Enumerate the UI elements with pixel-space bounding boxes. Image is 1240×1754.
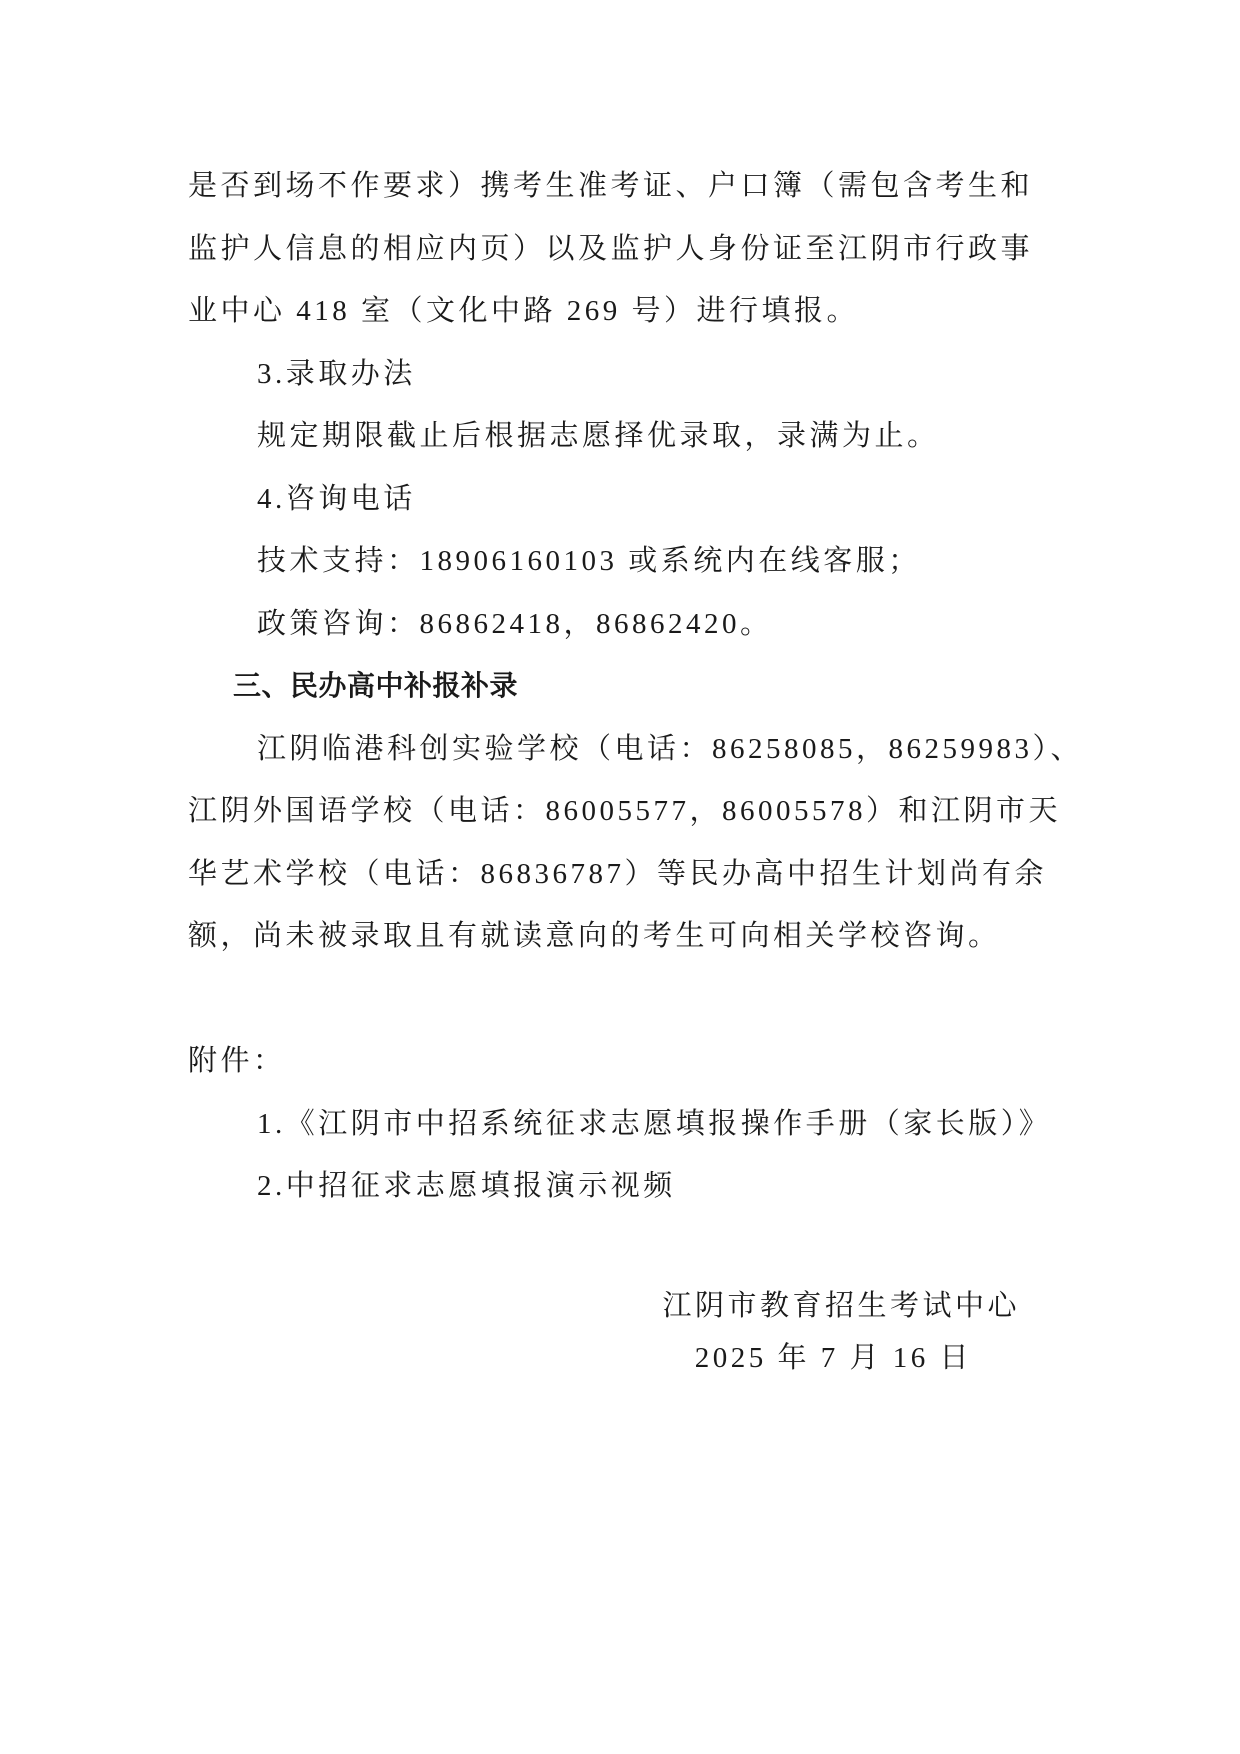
item4-title: 4.咨询电话 bbox=[188, 468, 1060, 531]
section3-body-line: 华艺术学校（电话：86836787）等民办高中招生计划尚有余 bbox=[188, 843, 1060, 906]
paragraph-continuation-line: 业中心 418 室（文化中路 269 号）进行填报。 bbox=[188, 280, 1060, 343]
attachment-item: 1.《江阴市中招系统征求志愿填报操作手册（家长版）》 bbox=[188, 1093, 1060, 1156]
section3-body-line: 江阴外国语学校（电话：86005577，86005578）和江阴市天 bbox=[188, 780, 1060, 843]
section3-heading: 三、民办高中补报补录 bbox=[188, 655, 1060, 718]
attachment-item: 2.中招征求志愿填报演示视频 bbox=[188, 1155, 1060, 1218]
attachments-label: 附件： bbox=[188, 1030, 1060, 1093]
signature-issuer: 江阴市教育招生考试中心 bbox=[188, 1280, 1060, 1332]
signature-date: 2025 年 7 月 16 日 bbox=[188, 1332, 1060, 1384]
blank-line bbox=[188, 1218, 1060, 1281]
section3-body-line: 江阴临港科创实验学校（电话：86258085，86259983）、 bbox=[188, 718, 1060, 781]
item3-title: 3.录取办法 bbox=[188, 343, 1060, 406]
paragraph-continuation-line: 是否到场不作要求）携考生准考证、户口簿（需包含考生和 bbox=[188, 155, 1060, 218]
section3-body-line: 额，尚未被录取且有就读意向的考生可向相关学校咨询。 bbox=[188, 905, 1060, 968]
paragraph-continuation-line: 监护人信息的相应内页）以及监护人身份证至江阴市行政事 bbox=[188, 218, 1060, 281]
item4-tech-support: 技术支持：18906160103 或系统内在线客服； bbox=[188, 530, 1060, 593]
signature-block: 江阴市教育招生考试中心 2025 年 7 月 16 日 bbox=[188, 1280, 1060, 1384]
blank-line bbox=[188, 968, 1060, 1031]
document-page: 是否到场不作要求）携考生准考证、户口簿（需包含考生和 监护人信息的相应内页）以及… bbox=[0, 0, 1240, 1754]
item3-body: 规定期限截止后根据志愿择优录取，录满为止。 bbox=[188, 405, 1060, 468]
item4-policy: 政策咨询：86862418，86862420。 bbox=[188, 593, 1060, 656]
document-body: 是否到场不作要求）携考生准考证、户口簿（需包含考生和 监护人信息的相应内页）以及… bbox=[188, 155, 1060, 1384]
